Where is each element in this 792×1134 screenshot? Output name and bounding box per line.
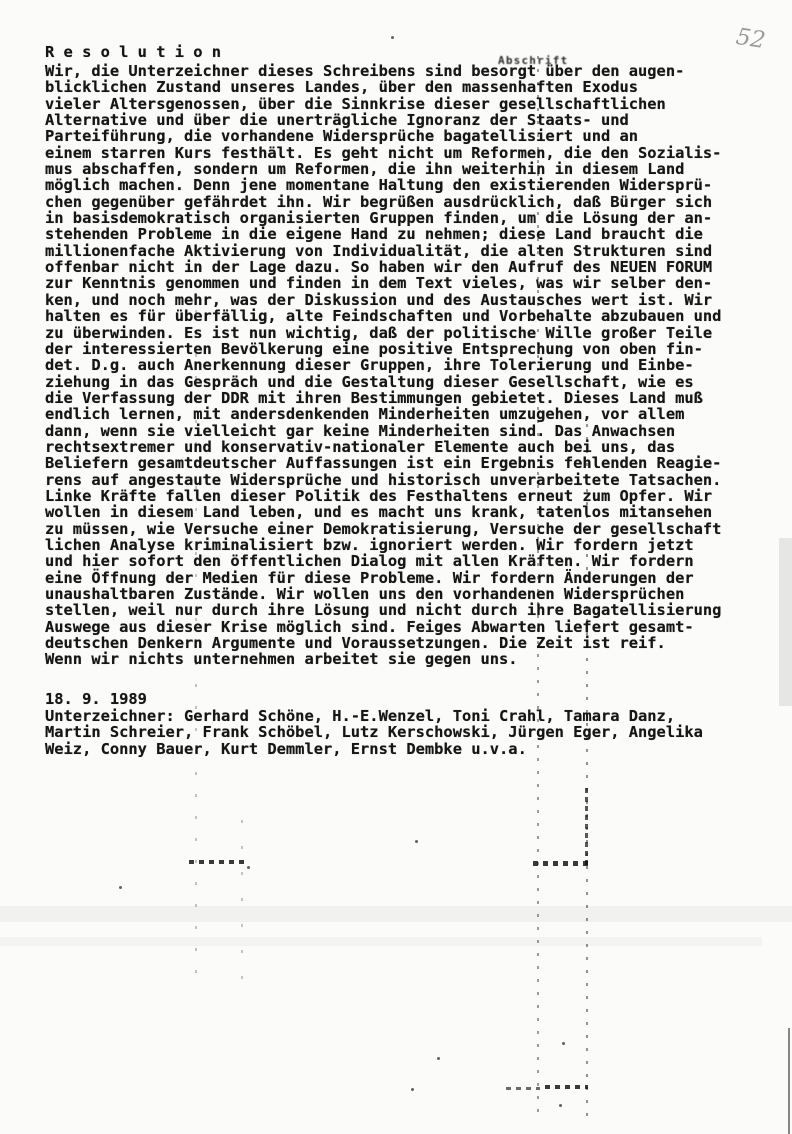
scan-streak-left-secondary — [241, 820, 243, 985]
scan-streak-right-dense — [585, 788, 588, 866]
scan-edge-line — [788, 1028, 790, 1134]
scan-band-upper — [0, 906, 792, 922]
scan-dot — [119, 886, 122, 889]
resolution-body-text: Wir, die Unterzeichner dieses Schreibens… — [45, 63, 721, 668]
scan-smudge-left — [189, 860, 247, 864]
scan-dot — [391, 36, 394, 39]
scan-smudge-bottom-1 — [506, 1087, 540, 1090]
scan-dot — [247, 866, 250, 869]
document-date: 18. 9. 1989 — [45, 691, 147, 707]
document-title: R e s o l u t i o n — [45, 44, 221, 60]
handwritten-page-number: 52 — [734, 24, 767, 54]
signatories-text: Unterzeichner: Gerhard Schöne, H.-E.Wenz… — [45, 708, 703, 757]
scan-smudge-bottom-2 — [545, 1085, 588, 1089]
scan-dot — [437, 1057, 440, 1060]
scan-dot — [559, 1104, 562, 1107]
scan-dot — [411, 1088, 414, 1091]
scan-band-lower — [0, 937, 762, 946]
scanned-document-page: R e s o l u t i o n Abschrift 52 Wir, di… — [0, 0, 792, 1134]
scan-edge-shade — [779, 538, 792, 706]
scan-dot — [415, 840, 418, 843]
scan-smudge-center — [533, 861, 593, 866]
scan-dot — [562, 1042, 565, 1045]
